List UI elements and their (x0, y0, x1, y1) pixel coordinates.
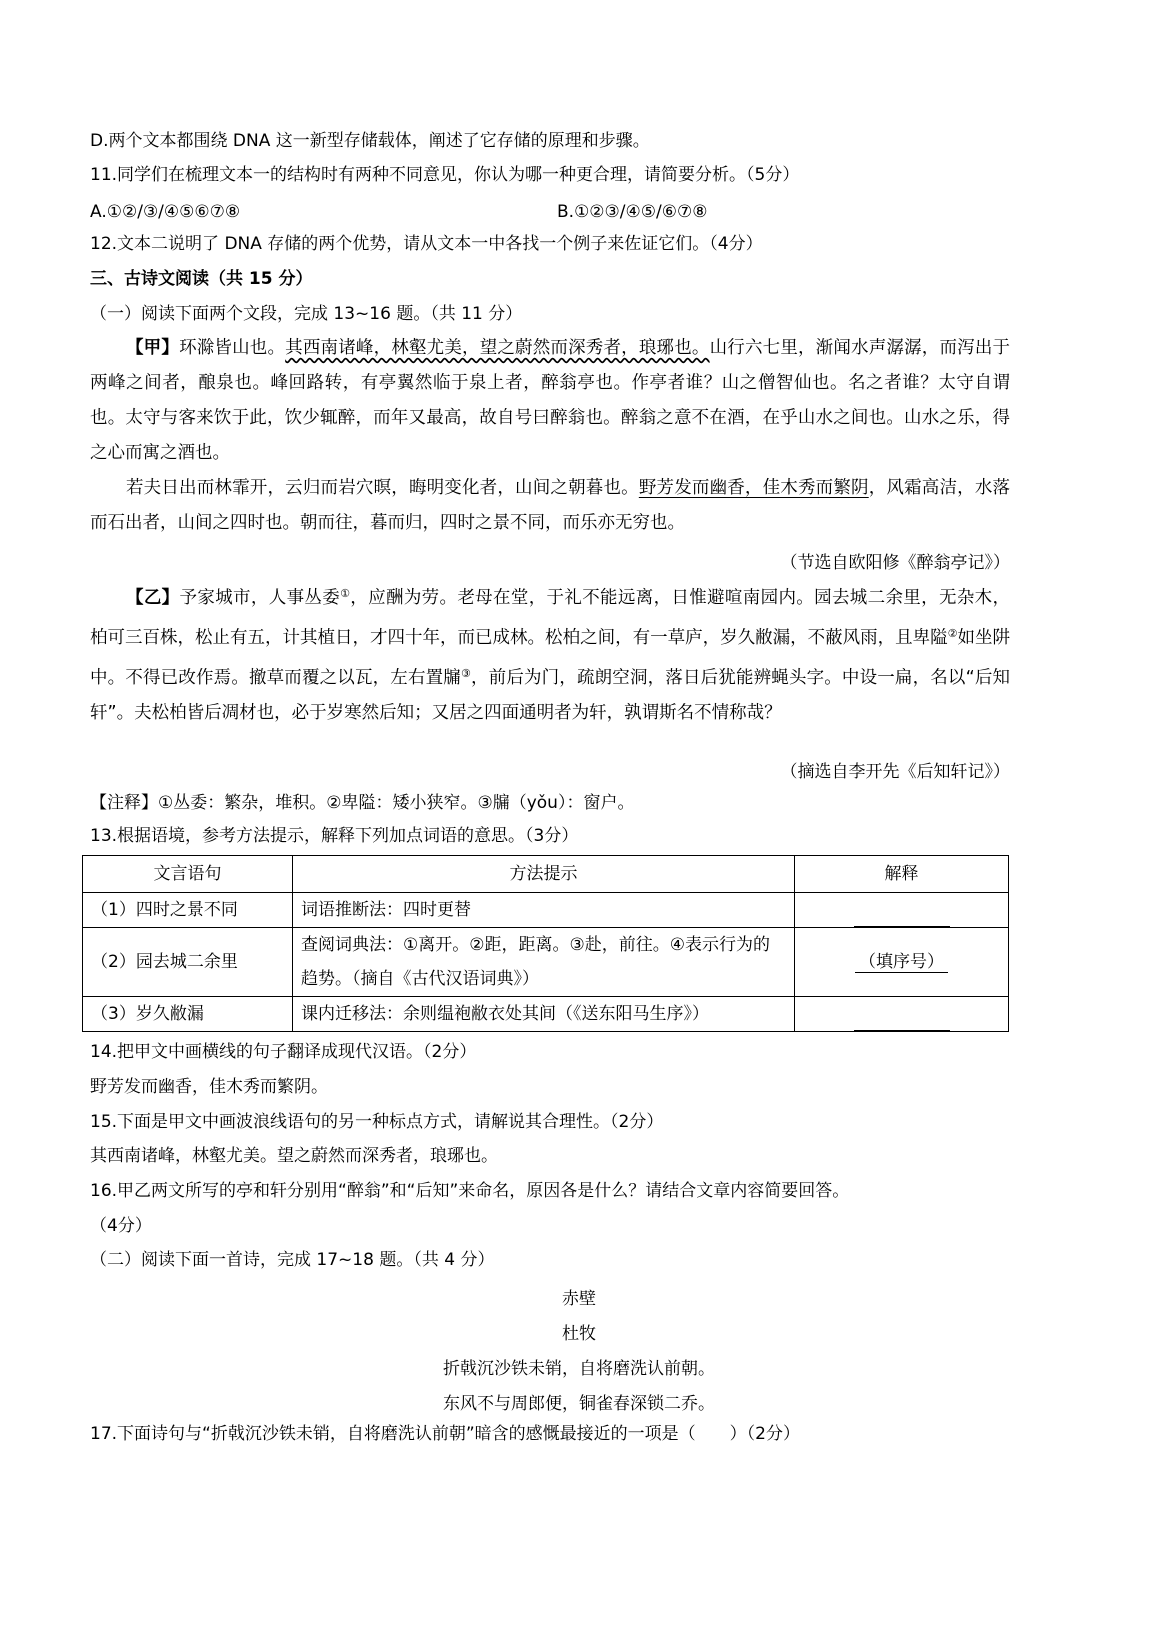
q13-table: 文言语句 方法提示 解释 （1）四时之景不同 词语推断法：四时更替 （2）园去城… (82, 855, 1009, 1032)
q11-stem: 11.同学们在梳理文本一的结构时有两种不同意见，你认为哪一种更合理，请简要分析。… (90, 164, 799, 186)
q14-stem: 14.把甲文中画横线的句子翻译成现代汉语。（2分） (90, 1041, 476, 1063)
wavy-sentence: 其西南诸峰，林壑尤美，望之蔚然而深秀者，琅琊也。 (285, 338, 709, 358)
q14-sentence: 野芳发而幽香，佳木秀而繁阴。 (90, 1076, 328, 1098)
q12-stem: 12.文本二说明了 DNA 存储的两个优势，请从文本一中各找一个例子来佐证它们。… (90, 233, 763, 255)
poem-title: 赤壁 (0, 1284, 1158, 1309)
table-row: （3）岁久敝漏 课内迁移法：余则缊袍敝衣处其间（《送东阳马生序》） (83, 997, 1009, 1032)
table-row: （2）园去城二余里 查阅词典法：①离开。②距，距离。③赴，前往。④表示行为的趋势… (83, 928, 1009, 997)
jia-source: （节选自欧阳修《醉翁亭记》） (781, 548, 1011, 573)
table-header-row: 文言语句 方法提示 解释 (83, 856, 1009, 893)
part2-intro: （二）阅读下面一首诗，完成 17~18 题。（共 4 分） (90, 1249, 494, 1271)
underlined-sentence: 野芳发而幽香，佳木秀而繁阴 (639, 478, 869, 498)
jia-label: 【甲】 (126, 338, 179, 358)
header-hint: 方法提示 (293, 856, 795, 893)
q17-stem: 17.下面诗句与“折戟沉沙铁未销，自将磨洗认前朝”暗含的感慨最接近的一项是（ ）… (90, 1423, 800, 1445)
yi-source: （摘选自李开先《后知轩记》） (781, 757, 1011, 782)
poem-author: 杜牧 (0, 1319, 1158, 1344)
q10-option-d: D.两个文本都围绕 DNA 这一新型存储载体，阐述了它存储的原理和步骤。 (90, 130, 650, 152)
q16-score: （4分） (90, 1215, 152, 1237)
note-marker-2: ② (948, 627, 958, 640)
answer-blank-3[interactable] (854, 1008, 950, 1031)
table-row: （1）四时之景不同 词语推断法：四时更替 (83, 893, 1009, 928)
q15-stem: 15.下面是甲文中画波浪线语句的另一种标点方式，请解说其合理性。（2分） (90, 1111, 663, 1133)
q11-option-b: B.①②③/④⑤/⑥⑦⑧ (557, 201, 707, 223)
yi-paragraph: 【乙】予家城市，人事丛委①，应酬为劳。老母在堂，于礼不能远离，日惟避喧南园内。园… (90, 576, 1010, 731)
answer-blank-2[interactable]: （填序号） (855, 952, 948, 973)
poem-line-2: 东风不与周郎便，铜雀春深锁二乔。 (0, 1389, 1158, 1414)
q11-option-a: A.①②/③/④⑤⑥⑦⑧ (90, 201, 240, 223)
poem-line-1: 折戟沉沙铁未销，自将磨洗认前朝。 (0, 1354, 1158, 1379)
header-answer: 解释 (795, 856, 1009, 893)
answer-blank-1[interactable] (854, 904, 950, 927)
q15-sentence: 其西南诸峰，林壑尤美。望之蔚然而深秀者，琅琊也。 (90, 1145, 498, 1167)
part1-intro: （一）阅读下面两个文段，完成 13~16 题。（共 11 分） (90, 303, 522, 325)
note-marker-1: ① (340, 587, 350, 600)
q16-stem: 16.甲乙两文所写的亭和轩分别用“醉翁”和“后知”来命名，原因各是什么？请结合文… (90, 1180, 849, 1202)
yi-label: 【乙】 (126, 588, 180, 608)
jia-paragraph-2: 若夫日出而林霏开，云归而岩穴暝，晦明变化者，山间之朝暮也。野芳发而幽香，佳木秀而… (90, 471, 1010, 541)
header-sentence: 文言语句 (83, 856, 293, 893)
notes: 【注释】①丛委：繁杂，堆积。②卑隘：矮小狭窄。③牖（yǒu）：窗户。 (90, 792, 634, 814)
note-marker-3: ③ (461, 667, 471, 680)
q13-stem: 13.根据语境，参考方法提示，解释下列加点词语的意思。（3分） (90, 825, 578, 847)
jia-paragraph-1: 【甲】环滁皆山也。其西南诸峰，林壑尤美，望之蔚然而深秀者，琅琊也。山行六七里，渐… (90, 331, 1010, 471)
section3-title: 三、古诗文阅读（共 15 分） (90, 268, 313, 290)
